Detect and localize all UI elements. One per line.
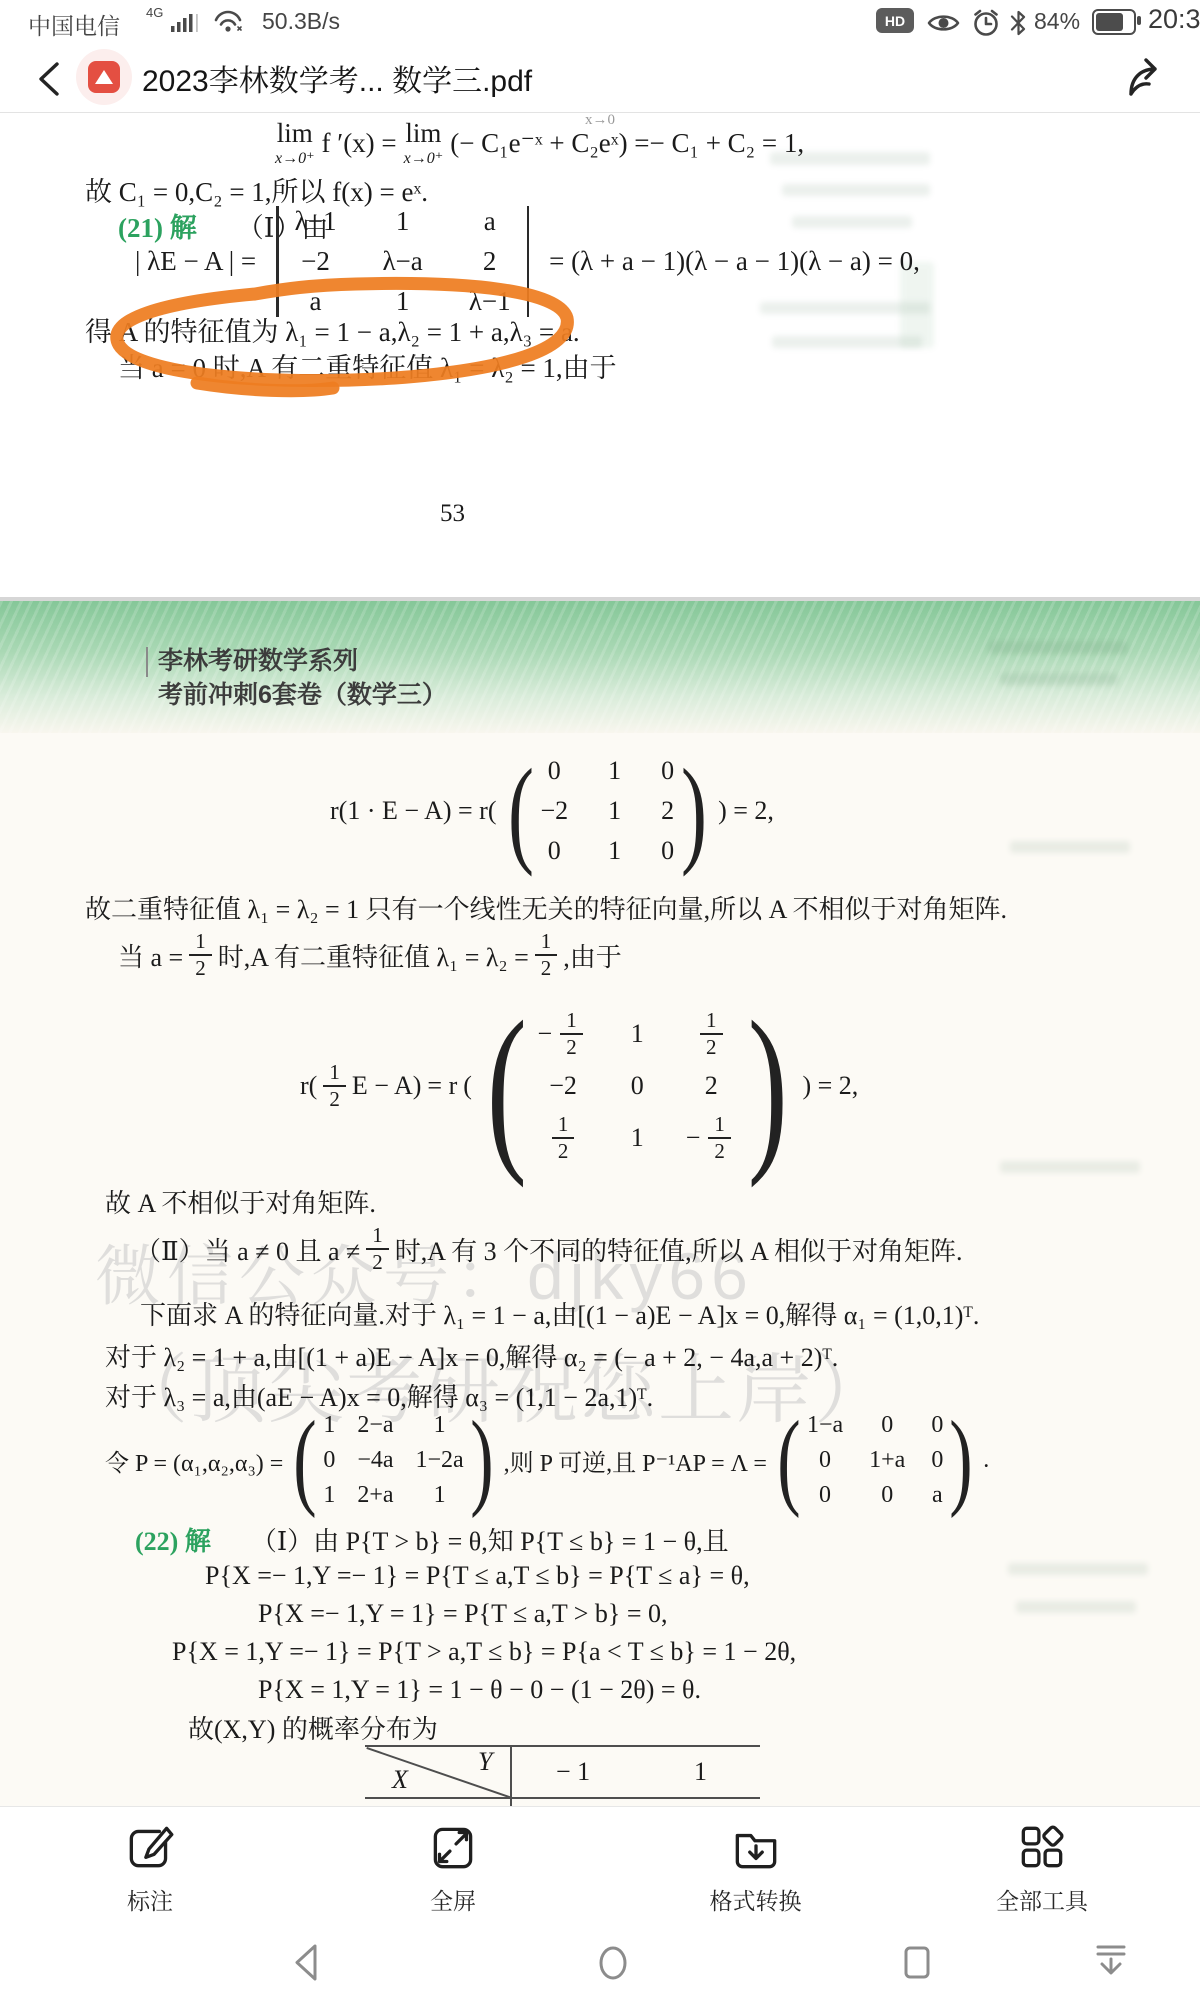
highlight-annotation xyxy=(0,112,1200,597)
back-button[interactable] xyxy=(32,60,68,98)
annotate-button[interactable]: 标注 xyxy=(95,1819,205,1916)
table-mid-rule xyxy=(365,1797,760,1799)
wifi-icon xyxy=(212,10,246,36)
annotate-icon xyxy=(122,1819,178,1875)
nav-back-button[interactable] xyxy=(282,1938,332,1988)
network-speed-label: 50.3B/s xyxy=(262,8,340,35)
prob-line-1: P{X =− 1,Y =− 1} = P{T ≤ a,T ≤ b} = P{T … xyxy=(205,1561,750,1591)
prob-line-4: P{X = 1,Y = 1} = 1 − θ − 0 − (1 − 2θ) = … xyxy=(258,1675,701,1705)
nav-home-button[interactable] xyxy=(588,1938,638,1988)
share-button[interactable] xyxy=(1122,54,1170,100)
system-nav-bar xyxy=(0,1926,1200,2000)
all-tools-icon xyxy=(1014,1819,1070,1875)
eye-comfort-icon xyxy=(926,10,962,36)
battery-icon xyxy=(1092,9,1136,35)
problem-22-header: (22) 解 （Ⅰ）由 P{T > b} = θ,知 P{T ≤ b} = 1 … xyxy=(135,1521,729,1558)
series-title: 李林考研数学系列 xyxy=(158,641,358,677)
table-header-y: Y xyxy=(478,1747,492,1777)
nav-hide-button[interactable] xyxy=(1086,1938,1136,1988)
conclusion-line-2: 故 A 不相似于对角矩阵. xyxy=(105,1183,376,1220)
format-convert-icon xyxy=(728,1819,784,1875)
clock-label: 20:30 xyxy=(1148,4,1200,35)
status-bar: 中国电信 4G 50.3B/s HD 84% 20:30 xyxy=(0,0,1200,42)
document-title-bar: 2023李林数学考... 数学三.pdf xyxy=(0,42,1200,113)
nav-recents-button[interactable] xyxy=(892,1938,942,1988)
network-type-label: 4G xyxy=(146,5,163,20)
pdf-page-53: x→0 limx→0⁺ f ′(x) = limx→0⁺ (− C₁e⁻ˣ + … xyxy=(0,112,1200,597)
battery-percent-label: 84% xyxy=(1034,8,1080,35)
fullscreen-button[interactable]: 全屏 xyxy=(398,1819,508,1916)
hd-badge: HD xyxy=(876,8,914,33)
bottom-toolbar: 标注 全屏 格式转换 全部工具 xyxy=(0,1806,1200,1927)
pdf-file-icon xyxy=(76,49,132,105)
signal-icon xyxy=(170,10,200,34)
bluetooth-icon xyxy=(1008,8,1030,38)
case-a-half-line: 当 a = 12 时,A 有二重特征值 λ₁ = λ₂ = 12 ,由于 xyxy=(118,923,622,987)
pdf-page-54: 李林考研数学系列 考前冲刺6套卷（数学三） 微信公众号：djky66 （顶尖考研… xyxy=(0,601,1200,1806)
distribution-intro-line: 故(X,Y) 的概率分布为 xyxy=(188,1709,438,1746)
carrier-label: 中国电信 xyxy=(28,8,120,41)
table-col-neg1: − 1 xyxy=(556,1757,590,1787)
case-2-line: （Ⅱ）当 a ≠ 0 且 a ≠ 12 时,A 有 3 个不同的特征值,所以 A… xyxy=(135,1217,962,1281)
eigenvector-line-1: 下面求 A 的特征向量.对于 λ₁ = 1 − a,由[(1 − a)E − A… xyxy=(140,1295,979,1332)
rank-formula-2: r( 12 E − A) = r( ( −12112−202121−12 ) )… xyxy=(300,996,858,1176)
header-tick xyxy=(146,647,148,677)
table-col-1: 1 xyxy=(694,1757,707,1787)
prob-line-2: P{X =− 1,Y = 1} = P{T ≤ a,T > b} = 0, xyxy=(258,1599,668,1629)
volume-title: 考前冲刺6套卷（数学三） xyxy=(158,675,447,711)
pdf-reader-app: { "status_bar": { "carrier": "中国电信", "ne… xyxy=(0,0,1200,2000)
document-title: 2023李林数学考... 数学三.pdf xyxy=(142,56,532,100)
alarm-icon xyxy=(970,8,1002,38)
p-matrix-line: 令 P = (α₁,α₂,α₃) = ( 12−a10−4a1−2a12+a1 … xyxy=(105,1401,989,1519)
all-tools-button[interactable]: 全部工具 xyxy=(972,1819,1112,1916)
table-header-x: X xyxy=(392,1765,408,1795)
conclusion-line-1: 故二重特征值 λ₁ = λ₂ = 1 只有一个线性无关的特征向量,所以 A 不相… xyxy=(85,889,1007,926)
fullscreen-icon xyxy=(425,1819,481,1875)
table-top-rule xyxy=(365,1745,760,1747)
eigenvector-line-2: 对于 λ₂ = 1 + a,由[(1 + a)E − A]x = 0,解得 α₂… xyxy=(105,1337,838,1374)
prob-line-3: P{X = 1,Y =− 1} = P{T > a,T ≤ b} = P{a <… xyxy=(172,1637,796,1667)
format-convert-button[interactable]: 格式转换 xyxy=(688,1819,823,1916)
rank-formula-1: r(1 · E − A) = r( ( 010−212010 ) ) = 2, xyxy=(330,751,774,871)
